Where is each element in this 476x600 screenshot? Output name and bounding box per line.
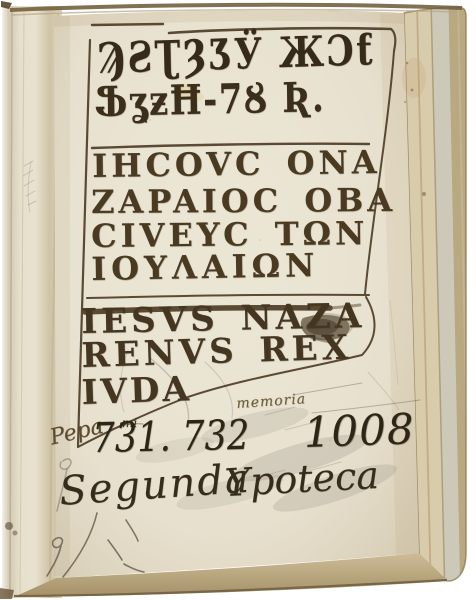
- book-gutter: [0, 1, 62, 599]
- greek-inscription-line-4: IOYΛAIΩN: [91, 249, 320, 285]
- book-photo: ϠƧƮȜƷӰ ЖƆƭ ՖʓƶĦ-7Ȣ Ʀ. IHCOVC ONA ZAPAIOC…: [0, 0, 476, 600]
- page-numbers: 731. 732: [92, 415, 250, 459]
- ypoteca-word: Ypoteca: [224, 456, 380, 502]
- number-1008: 1008: [303, 408, 415, 454]
- latin-inscription-line-3: IVDA: [81, 372, 192, 410]
- latin-inscription-line-2: RENVS REX: [81, 331, 353, 373]
- greek-inscription-line-1: IHCOVC ONA: [92, 146, 381, 182]
- greek-inscription-line-2: ZAPAIOC OBA: [91, 184, 396, 218]
- hebrew-inscription-line-2: ՖʓƶĦ-7Ȣ Ʀ.: [94, 77, 326, 123]
- hebrew-inscription-line-1: ϠƧƮȜƷӰ ЖƆƭ: [97, 29, 375, 80]
